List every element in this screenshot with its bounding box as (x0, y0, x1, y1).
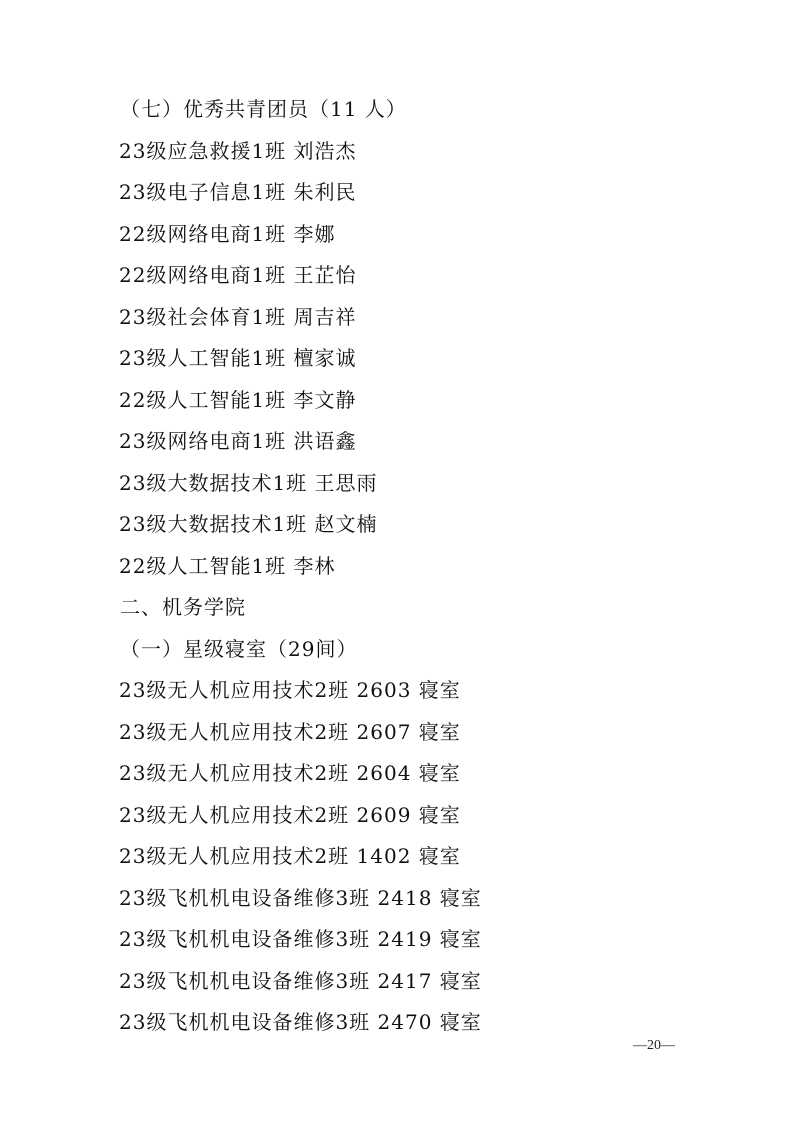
list-item: 23级电子信息1班 朱利民 (119, 180, 357, 204)
list-item: 23级人工智能1班 檀家诚 (119, 346, 357, 370)
list-item: 23级飞机机电设备维修3班 2418 寝室 (119, 886, 482, 910)
list-item: 23级大数据技术1班 王思雨 (119, 471, 378, 495)
list-item: 22级网络电商1班 王芷怡 (119, 263, 357, 287)
list-item: 23级无人机应用技术2班 2607 寝室 (119, 720, 461, 744)
list-item: 23级飞机机电设备维修3班 2417 寝室 (119, 969, 482, 993)
list-item: 23级大数据技术1班 赵文楠 (119, 512, 378, 536)
list-item: 23级社会体育1班 周吉祥 (119, 305, 357, 329)
list-item: 22级人工智能1班 李林 (119, 554, 336, 578)
list-item: 22级网络电商1班 李娜 (119, 222, 336, 246)
list-item: 23级应急救援1班 刘浩杰 (119, 139, 357, 163)
list-item: 23级飞机机电设备维修3班 2470 寝室 (119, 1010, 482, 1034)
list-item: 23级飞机机电设备维修3班 2419 寝室 (119, 927, 482, 951)
list-item: 23级无人机应用技术2班 2603 寝室 (119, 678, 461, 702)
list-item: 23级网络电商1班 洪语鑫 (119, 429, 357, 453)
list-item: 23级无人机应用技术2班 2604 寝室 (119, 761, 461, 785)
list-item: 22级人工智能1班 李文静 (119, 388, 357, 412)
section-heading-outstanding-league-members: （七）优秀共青团员（11 人） (120, 97, 407, 121)
list-item: 23级无人机应用技术2班 1402 寝室 (119, 844, 461, 868)
list-item: 23级无人机应用技术2班 2609 寝室 (119, 803, 461, 827)
subsection-heading-star-dormitories: （一）星级寝室（29间） (120, 637, 357, 661)
page-number: —20— (633, 1038, 675, 1054)
document-page: （七）优秀共青团员（11 人） 23级应急救援1班 刘浩杰 23级电子信息1班 … (0, 0, 793, 1122)
section-heading-aviation-maintenance-college: 二、机务学院 (120, 595, 246, 619)
